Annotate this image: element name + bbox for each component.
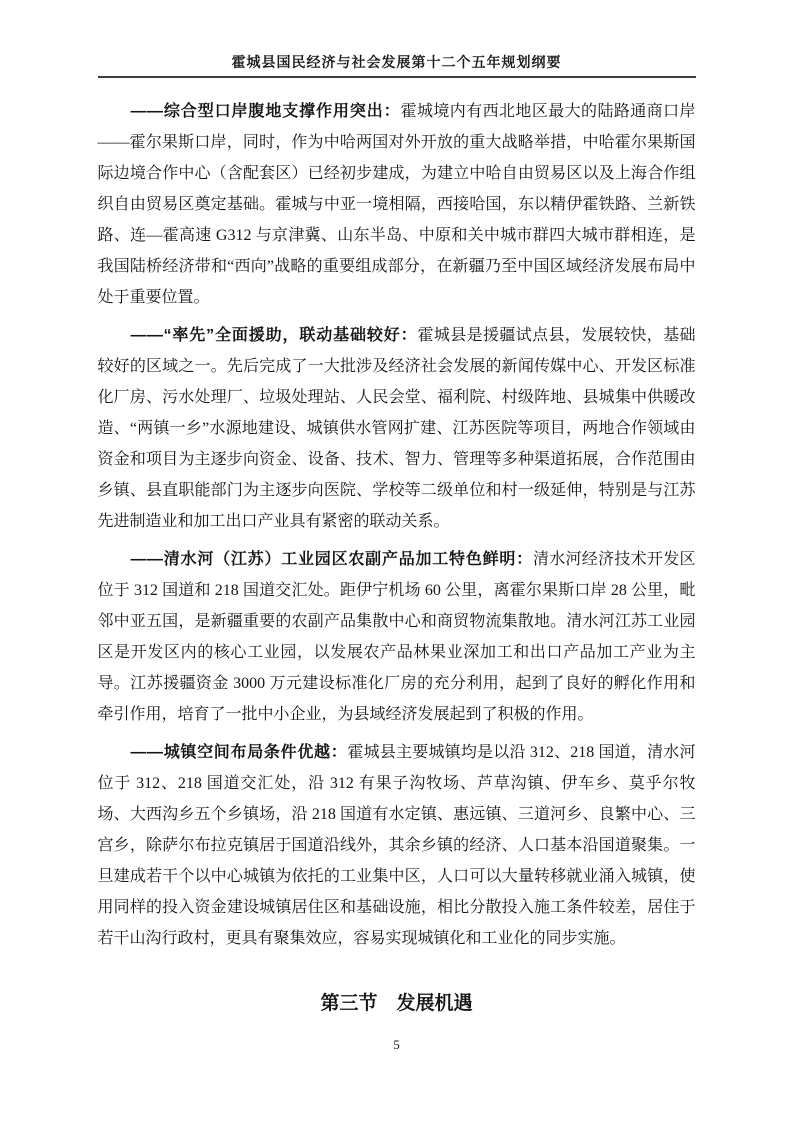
page-number: 5 [0,1037,793,1053]
document-page: 霍城县国民经济与社会发展第十二个五年规划纲要 ——综合型口岸腹地支撑作用突出：霍… [0,0,793,1122]
paragraph-lead: ——“率先”全面援助，联动基础较好： [131,327,418,344]
paragraph-lead: ——城镇空间布局条件优越： [131,744,348,761]
paragraph-aid-foundation: ——“率先”全面援助，联动基础较好：霍城县是援疆试点县，发展较快，基础较好的区域… [98,320,696,537]
paragraph-lead: ——清水河（江苏）工业园区农副产品加工特色鲜明： [131,551,533,568]
paragraph-port-hinterland: ——综合型口岸腹地支撑作用突出：霍城境内有西北地区最大的陆路通商口岸——霍尔果斯… [98,96,696,313]
page-header: 霍城县国民经济与社会发展第十二个五年规划纲要 [0,0,793,78]
document-body: ——综合型口岸腹地支撑作用突出：霍城境内有西北地区最大的陆路通商口岸——霍尔果斯… [98,96,696,1019]
header-rule-divider [98,76,696,78]
paragraph-industrial-park: ——清水河（江苏）工业园区农副产品加工特色鲜明：清水河经济技术开发区位于 312… [98,544,696,730]
paragraph-text: 霍城县是援疆试点县，发展较快，基础较好的区域之一。先后完成了一大批涉及经济社会发… [98,327,696,530]
paragraph-text: 霍城县主要城镇均是以沿 312、218 国道，清水河位于 312、218 国道交… [98,744,696,947]
section-heading: 第三节 发展机遇 [98,988,696,1019]
paragraph-lead: ——综合型口岸腹地支撑作用突出： [131,103,401,120]
paragraph-urban-layout: ——城镇空间布局条件优越：霍城县主要城镇均是以沿 312、218 国道，清水河位… [98,737,696,954]
paragraph-text: 霍城境内有西北地区最大的陆路通商口岸——霍尔果斯口岸，同时，作为中哈两国对外开放… [98,103,696,306]
paragraph-text: 清水河经济技术开发区位于 312 国道和 218 国道交汇处。距伊宁机场 60 … [98,551,696,723]
header-title: 霍城县国民经济与社会发展第十二个五年规划纲要 [0,54,793,70]
